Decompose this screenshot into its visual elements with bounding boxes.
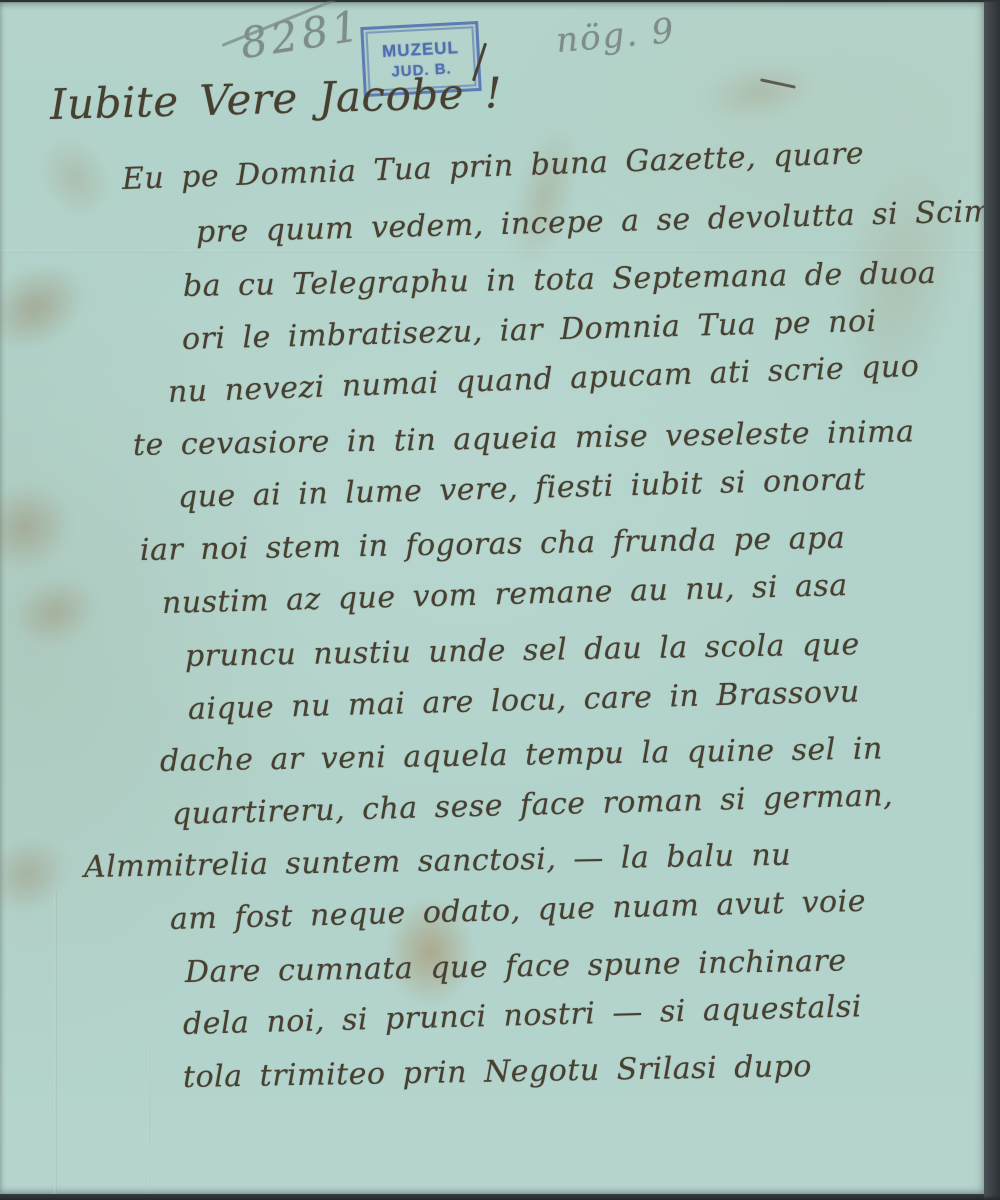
- ink-smudge: [1, 564, 110, 661]
- fold-crease: [0, 250, 986, 253]
- handwritten-line: Almmitrelia suntem sanctosi, — la balu n…: [84, 838, 792, 885]
- handwritten-line: ori le imbratisezu, iar Domnia Tua pe no…: [182, 304, 878, 357]
- handwritten-line: ba cu Telegraphu in tota Septemana de du…: [183, 256, 937, 304]
- handwritten-line: nustim az que vom remane au nu, si asa: [162, 568, 849, 621]
- handwritten-line: tola trimiteo prin Negotu Srilasi dupo: [183, 1049, 813, 1095]
- handwritten-line: nu nevezi numai quand apucam ati scrie q…: [167, 349, 919, 410]
- handwritten-line: dache ar veni aquela tempu la quine sel …: [160, 731, 883, 779]
- fold-crease: [148, 1042, 150, 1194]
- scanned-letter: 8281 MUZEUL JUD. B. nög. 9 Iubite Vere J…: [0, 0, 1000, 1200]
- ink-ghosting: [497, 117, 594, 277]
- handwritten-line: te cevasiore in tin aqueia mise veselest…: [133, 414, 915, 463]
- ink-smudge: [22, 121, 128, 234]
- handwritten-line: dela noi, si prunci nostri — si aquestal…: [183, 989, 863, 1042]
- handwritten-line: pruncu nustiu unde sel dau la scola que: [185, 627, 860, 674]
- stamp-text-line1: MUZEUL: [382, 38, 460, 62]
- salutation-line: Iubite Vere Jacobe !: [49, 68, 502, 129]
- pencil-note: nög. 9: [554, 11, 676, 61]
- ink-ghosting: [696, 52, 825, 132]
- handwritten-line: quartireru, cha sese face roman si germa…: [172, 778, 894, 832]
- handwritten-line: iar noi stem in fogoras cha frunda pe ap…: [140, 521, 846, 568]
- handwritten-line: Eu pe Domnia Tua prin buna Gazette, quar…: [121, 136, 864, 197]
- handwritten-line: Dare cumnata que face spune inchinare: [185, 943, 847, 990]
- handwritten-line: que ai in lume vere, fiesti iubit si ono…: [178, 462, 867, 515]
- fold-crease: [54, 892, 57, 1194]
- scan-edge-top: [0, 0, 1000, 3]
- letter-paper: 8281 MUZEUL JUD. B. nög. 9 Iubite Vere J…: [0, 2, 986, 1194]
- handwritten-line: pre quum vedem, incepe a se devolutta si…: [196, 194, 993, 250]
- ink-stroke: [760, 78, 796, 88]
- ink-smudge: [0, 245, 103, 369]
- handwritten-line: aique nu mai are locu, care in Brassovu: [188, 674, 861, 727]
- handwritten-line: am fost neque odato, que nuam avut voie: [170, 884, 867, 937]
- ink-smudge: [0, 465, 89, 589]
- scan-edge-right: [984, 0, 1000, 1200]
- scan-edge-bottom: [0, 1195, 1000, 1200]
- ink-smudge: [0, 819, 84, 929]
